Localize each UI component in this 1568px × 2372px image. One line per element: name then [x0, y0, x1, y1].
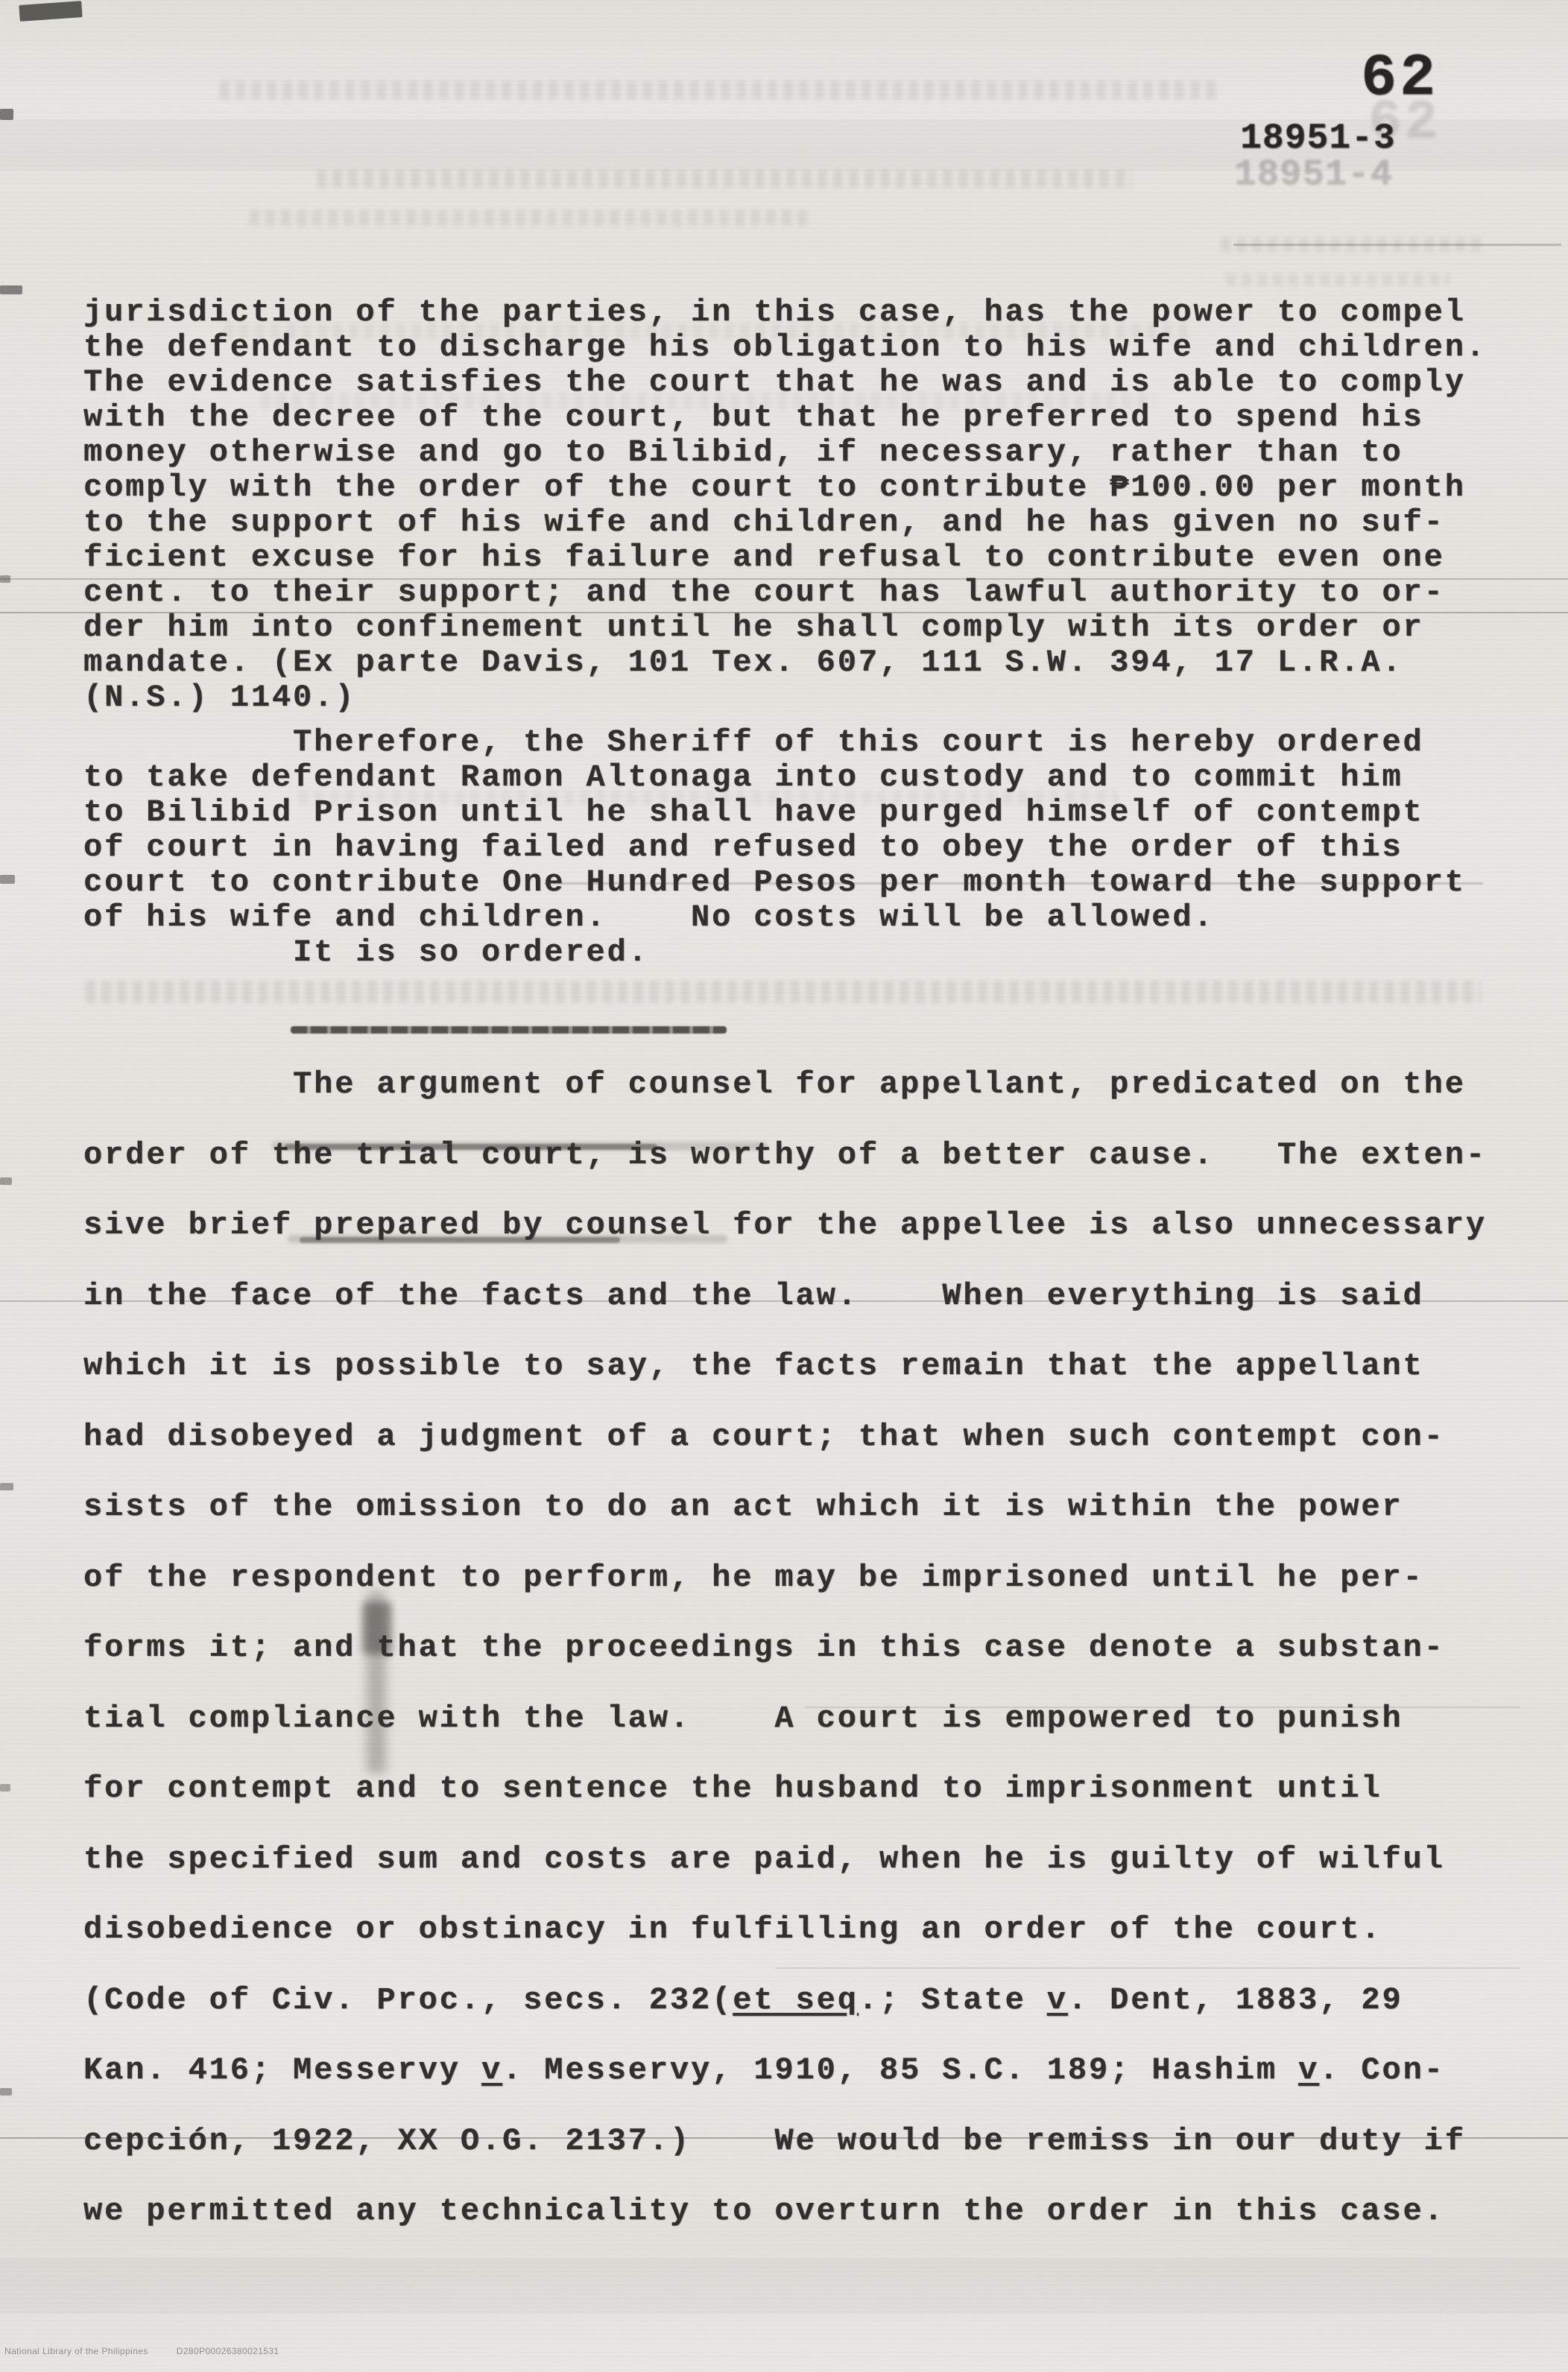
ghost-text-band: [1226, 273, 1450, 286]
text-line: It is so ordered.: [83, 935, 1466, 970]
text-line: of court in having failed and refused to…: [83, 830, 1466, 865]
strike-through-mark: [291, 1026, 727, 1034]
case-number-stamp: 18951-3: [1240, 121, 1396, 156]
text-line: tial compliance with the law. A court is…: [83, 1683, 1487, 1754]
text-line: in the face of the facts and the law. Wh…: [83, 1261, 1487, 1332]
ghost-text-band: [317, 170, 1133, 188]
film-edge-mark: [0, 1177, 12, 1185]
scan-tone-band: [0, 2258, 1568, 2314]
text-line: (Code of Civ. Proc., secs. 232(et seq.; …: [83, 1965, 1487, 2036]
paragraph-argument: The argument of counsel for appellant, p…: [83, 1049, 1487, 2247]
text-line: comply with the order of the court to co…: [83, 470, 1487, 505]
text-line: to take defendant Ramon Altonaga into cu…: [83, 760, 1466, 795]
ghost-text-band: [86, 981, 1481, 1003]
film-edge-mark: [0, 1784, 10, 1791]
ghost-case-number: 18951-4: [1234, 156, 1393, 193]
paragraph-sheriff-order: Therefore, the Sheriff of this court is …: [83, 725, 1466, 970]
text-line: cepción, 1922, XX O.G. 2137.) We would b…: [83, 2106, 1487, 2177]
text-line: (N.S.) 1140.): [83, 680, 1487, 715]
film-edge-mark: [0, 285, 22, 294]
footer-scan-code: D280P00026380021531: [177, 2346, 279, 2356]
text-line: with the decree of the court, but that h…: [83, 400, 1487, 435]
text-line: ficient excuse for his failure and refus…: [83, 540, 1487, 575]
text-line: mandate. (Ex parte Davis, 101 Tex. 607, …: [83, 645, 1487, 680]
text-line: the specified sum and costs are paid, wh…: [83, 1824, 1487, 1895]
film-edge-mark: [0, 109, 13, 120]
text-line: The argument of counsel for appellant, p…: [83, 1049, 1487, 1120]
film-edge-mark: [0, 2088, 12, 2096]
text-line: forms it; and that the proceedings in th…: [83, 1613, 1487, 1683]
text-line: sists of the omission to do an act which…: [83, 1472, 1487, 1543]
text-line: to Bilibid Prison until he shall have pu…: [83, 795, 1466, 830]
text-line: which it is possible to say, the facts r…: [83, 1331, 1487, 1402]
text-line: for contempt and to sentence the husband…: [83, 1753, 1487, 1824]
film-edge-mark: [0, 1483, 13, 1490]
footer-library-label: National Library of the Philippines: [4, 2346, 148, 2356]
text-line: jurisdiction of the parties, in this cas…: [83, 295, 1487, 330]
text-line: we permitted any technicality to overtur…: [83, 2176, 1487, 2247]
scanned-document-page: 62 62 18951-3 18951-4 jurisdiction of th…: [0, 0, 1568, 2372]
text-line: to the support of his wife and children,…: [83, 505, 1487, 540]
text-line: sive brief prepared by counsel for the a…: [83, 1190, 1487, 1261]
text-line: Kan. 416; Messervy v. Messervy, 1910, 85…: [83, 2035, 1487, 2106]
text-line: the defendant to discharge his obligatio…: [83, 330, 1487, 365]
paragraph-jurisdiction: jurisdiction of the parties, in this cas…: [83, 295, 1487, 715]
text-line: court to contribute One Hundred Pesos pe…: [83, 865, 1466, 900]
film-edge-mark: [0, 875, 15, 884]
text-line: money otherwise and go to Bilibid, if ne…: [83, 435, 1487, 470]
film-edge-mark: [0, 575, 10, 583]
text-line: of his wife and children. No costs will …: [83, 900, 1466, 935]
ghost-text-band: [250, 209, 809, 226]
text-line: Therefore, the Sheriff of this court is …: [83, 725, 1466, 760]
text-line: The evidence satisfies the court that he…: [83, 365, 1487, 400]
ghost-text-band: [220, 80, 1218, 100]
text-line: of the respondent to perform, he may be …: [83, 1543, 1487, 1613]
film-edge-mark: [19, 1, 82, 22]
scratch-line: [1233, 244, 1561, 246]
text-line: order of the trial court, is worthy of a…: [83, 1120, 1487, 1191]
text-line: disobedience or obstinacy in fulfilling …: [83, 1894, 1487, 1965]
text-line: der him into confinement until he shall …: [83, 610, 1487, 645]
text-line: had disobeyed a judgment of a court; tha…: [83, 1402, 1487, 1473]
archive-footer: National Library of the Philippines D280…: [4, 2346, 279, 2356]
text-line: cent. to their support; and the court ha…: [83, 575, 1487, 610]
